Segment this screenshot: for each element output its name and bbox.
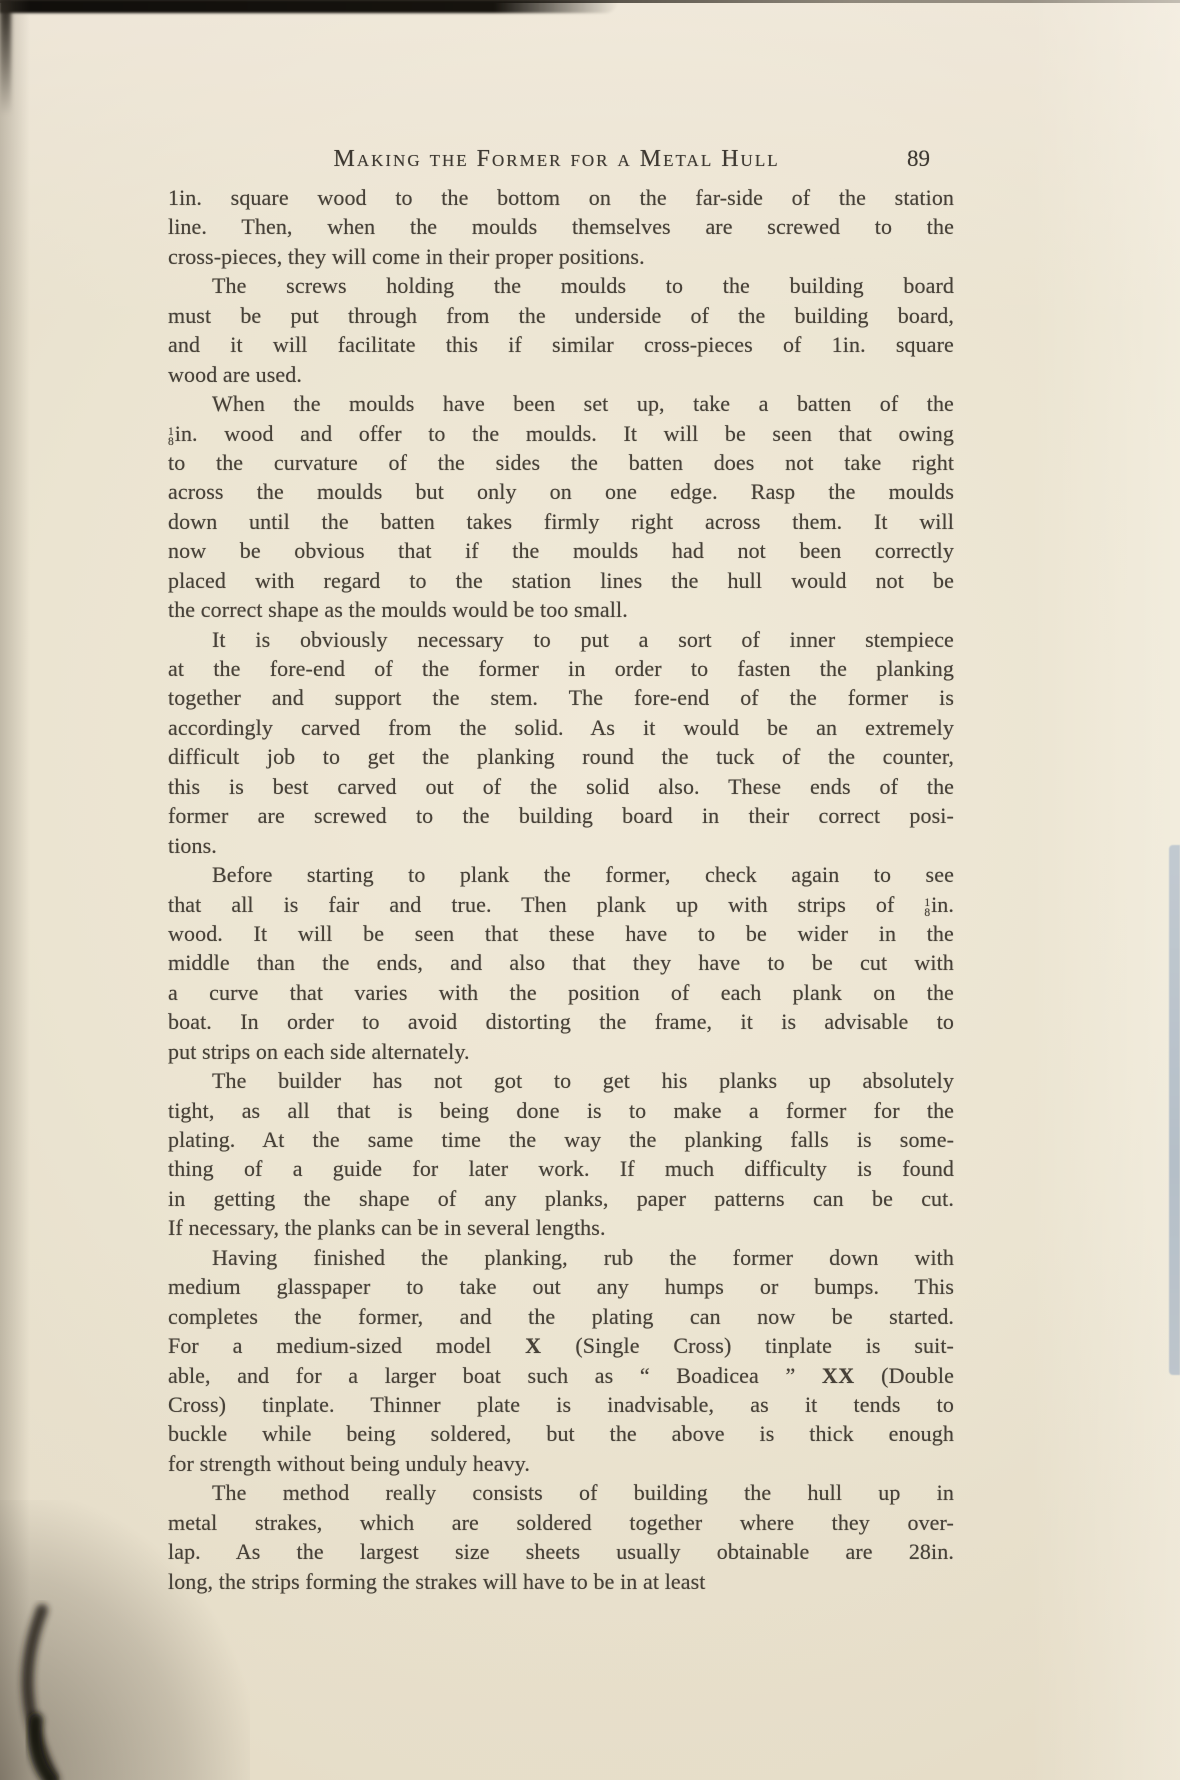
text-line: middle than the ends, and also that they… xyxy=(168,948,954,977)
paragraph: Having finished the planking, rub the fo… xyxy=(168,1243,954,1479)
paragraph: The method really consists of building t… xyxy=(168,1478,954,1596)
text-line: thing of a guide for later work. If much… xyxy=(168,1154,954,1183)
text-line: The screws holding the moulds to the bui… xyxy=(168,271,954,300)
text-line: Cross) tinplate. Thinner plate is inadvi… xyxy=(168,1390,954,1419)
text-line: former are screwed to the building board… xyxy=(168,801,954,830)
scanned-book-page: Making the Former for a Metal Hull 89 1i… xyxy=(0,0,1180,1780)
text-line: When the moulds have been set up, take a… xyxy=(168,389,954,418)
text-line: the correct shape as the moulds would be… xyxy=(168,595,954,624)
text-line: that all is fair and true. Then plank up… xyxy=(168,890,954,919)
text-line: 1in. square wood to the bottom on the fa… xyxy=(168,183,954,212)
text-line: placed with regard to the station lines … xyxy=(168,566,954,595)
text-line: plating. At the same time the way the pl… xyxy=(168,1125,954,1154)
text-line: tions. xyxy=(168,831,954,860)
paragraph: The builder has not got to get his plank… xyxy=(168,1066,954,1243)
text-line: line. Then, when the moulds themselves a… xyxy=(168,212,954,241)
text-line: now be obvious that if the moulds had no… xyxy=(168,536,954,565)
text-line: this is best carved out of the solid als… xyxy=(168,772,954,801)
paragraph: When the moulds have been set up, take a… xyxy=(168,389,954,625)
text-line: and it will facilitate this if similar c… xyxy=(168,330,954,359)
text-line: The builder has not got to get his plank… xyxy=(168,1066,954,1095)
text-line: in getting the shape of any planks, pape… xyxy=(168,1184,954,1213)
text-line: medium glasspaper to take out any humps … xyxy=(168,1272,954,1301)
fraction-one-eighth: 18 xyxy=(168,428,174,447)
running-head-title: Making the Former for a Metal Hull xyxy=(333,146,779,173)
text-line: If necessary, the planks can be in sever… xyxy=(168,1213,954,1242)
paragraph: The screws holding the moulds to the bui… xyxy=(168,271,954,389)
text-line: a curve that varies with the position of… xyxy=(168,978,954,1007)
text-line: together and support the stem. The fore-… xyxy=(168,683,954,712)
text-line: wood are used. xyxy=(168,360,954,389)
text-line: Before starting to plank the former, che… xyxy=(168,860,954,889)
text-line: put strips on each side alternately. xyxy=(168,1037,954,1066)
text-line: metal strakes, which are soldered togeth… xyxy=(168,1508,954,1537)
text-line: wood. It will be seen that these have to… xyxy=(168,919,954,948)
text-line: boat. In order to avoid distorting the f… xyxy=(168,1007,954,1036)
body-text: 1in. square wood to the bottom on the fa… xyxy=(168,183,954,1596)
text-line: accordingly carved from the solid. As it… xyxy=(168,713,954,742)
text-line: long, the strips forming the strakes wil… xyxy=(168,1567,954,1596)
page-header: Making the Former for a Metal Hull 89 xyxy=(168,146,954,178)
paragraph: Before starting to plank the former, che… xyxy=(168,860,954,1066)
text-line: for strength without being unduly heavy. xyxy=(168,1449,954,1478)
page-curl-mark xyxy=(6,1600,126,1780)
text-line: difficult job to get the planking round … xyxy=(168,742,954,771)
paragraph: It is obviously necessary to put a sort … xyxy=(168,625,954,861)
text-line: must be put through from the underside o… xyxy=(168,301,954,330)
text-line: 18in. wood and offer to the moulds. It w… xyxy=(168,419,954,448)
text-line: cross-pieces, they will come in their pr… xyxy=(168,242,954,271)
text-line: down until the batten takes firmly right… xyxy=(168,507,954,536)
scan-right-edge-strip-artifact xyxy=(1169,845,1180,1375)
fraction-one-eighth: 18 xyxy=(924,899,930,918)
text-line: completes the former, and the plating ca… xyxy=(168,1302,954,1331)
text-line: It is obviously necessary to put a sort … xyxy=(168,625,954,654)
text-line: able, and for a larger boat such as “ Bo… xyxy=(168,1361,954,1390)
text-line: lap. As the largest size sheets usually … xyxy=(168,1537,954,1566)
text-line: tight, as all that is being done is to m… xyxy=(168,1096,954,1125)
text-line: For a medium-sized model X (Single Cross… xyxy=(168,1331,954,1360)
text-line: to the curvature of the sides the batten… xyxy=(168,448,954,477)
text-line: across the moulds but only on one edge. … xyxy=(168,477,954,506)
scan-top-left-bar-artifact xyxy=(0,0,618,13)
text-line: at the fore-end of the former in order t… xyxy=(168,654,954,683)
text-line: Having finished the planking, rub the fo… xyxy=(168,1243,954,1272)
page-edge-highlight xyxy=(1030,0,1180,1780)
page-number: 89 xyxy=(907,146,930,172)
paragraph: 1in. square wood to the bottom on the fa… xyxy=(168,183,954,271)
text-line: buckle while being soldered, but the abo… xyxy=(168,1419,954,1448)
text-line: The method really consists of building t… xyxy=(168,1478,954,1507)
